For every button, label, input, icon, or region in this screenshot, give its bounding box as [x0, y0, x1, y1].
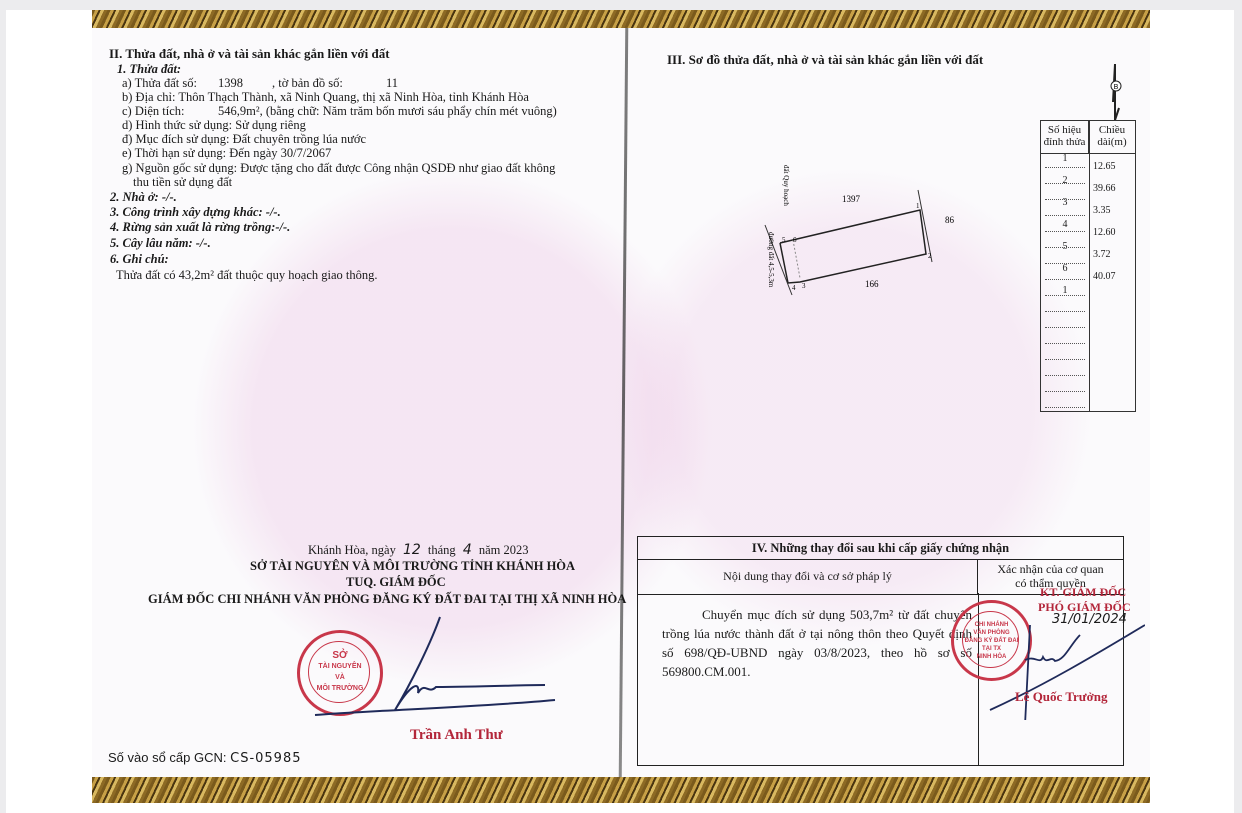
vertex-cell: 4	[1041, 219, 1089, 230]
map-sheet-label: , tờ bản đồ số:	[272, 76, 343, 90]
changes-col-header: Nội dung thay đổi và cơ sở pháp lý	[638, 560, 978, 594]
svg-text:1: 1	[916, 202, 920, 210]
parcel-number: 1398	[218, 76, 243, 90]
agency-name: SỞ TÀI NGUYÊN VÀ MÔI TRƯỜNG TỈNH KHÁNH H…	[250, 559, 575, 573]
svg-text:6: 6	[793, 236, 797, 244]
length-cell: 3.72	[1093, 249, 1111, 260]
signer-name: Trần Anh Thư	[410, 728, 503, 742]
section2-heading: II. Thửa đất, nhà ở và tài sản khác gắn …	[109, 47, 390, 61]
notes-text: Thửa đất có 43,2m² đất thuộc quy hoạch g…	[116, 268, 378, 282]
table-row: 53.72	[1041, 241, 1137, 257]
use-term: e) Thời hạn sử dụng: Đến ngày 30/7/2067	[122, 146, 331, 160]
perennial: 5. Cây lâu năm: -/-.	[110, 236, 211, 250]
table-row: 412.60	[1041, 219, 1137, 235]
land-heading: 1. Thửa đất:	[117, 62, 181, 76]
confirm-title1: KT. GIÁM ĐỐC	[1040, 585, 1126, 599]
house: 2. Nhà ở: -/-.	[110, 190, 177, 204]
table-surface-bottom	[92, 777, 1150, 803]
svg-text:5: 5	[782, 236, 786, 244]
table-row: 640.07	[1041, 263, 1137, 279]
svg-text:2: 2	[928, 252, 932, 260]
length-cell: 40.07	[1093, 271, 1116, 282]
svg-text:đất Quy hoạch: đất Quy hoạch	[782, 165, 790, 206]
other-construction: 3. Công trình xây dựng khác: -/-.	[110, 205, 281, 219]
signature-left	[300, 615, 560, 725]
vertex-cell: 2	[1041, 175, 1089, 186]
length-cell: 3.35	[1093, 205, 1111, 216]
north-arrow-icon: B	[1105, 62, 1125, 122]
parcel-label: a) Thửa đất số:	[122, 76, 197, 90]
use-purpose: đ) Mục đích sử dụng: Đất chuyên trồng lú…	[122, 132, 366, 146]
col-length-header: Chiều dài(m)	[1089, 121, 1135, 153]
length-cell: 39.66	[1093, 183, 1116, 194]
signature-right	[985, 615, 1145, 720]
on-behalf: TUQ. GIÁM ĐỐC	[346, 575, 446, 589]
address: b) Địa chỉ: Thôn Thạch Thành, xã Ninh Qu…	[122, 90, 529, 104]
vertex-cell: 6	[1041, 263, 1089, 274]
svg-text:3: 3	[802, 282, 806, 290]
gcn-number: Số vào sổ cấp GCN: CS-05985	[108, 751, 302, 766]
confirm-signer: Lê Quốc Trưởng	[1015, 690, 1108, 704]
notes-heading: 6. Ghi chú:	[110, 252, 169, 266]
place-date: Khánh Hòa, ngày 12 tháng 4 năm 2023	[308, 543, 529, 557]
area-value: 546,9m², (bằng chữ: Năm trăm bốn mươi sá…	[218, 104, 557, 118]
change-content: Chuyển mục đích sử dụng 503,7m² từ đất c…	[662, 605, 972, 681]
origin-line1: g) Nguồn gốc sử dụng: Được tặng cho đất …	[122, 161, 555, 175]
vertex-cell: 1	[1041, 153, 1089, 164]
origin-line2: thu tiền sử dụng đất	[133, 175, 232, 189]
col-vertex-header: Số hiệu đỉnh thửa	[1041, 121, 1089, 153]
svg-text:166: 166	[865, 279, 879, 289]
svg-text:86: 86	[945, 215, 955, 225]
vertex-length-table: Số hiệu đỉnh thửa Chiều dài(m) 112.65239…	[1040, 120, 1136, 412]
section4-title: IV. Những thay đổi sau khi cấp giấy chứn…	[638, 537, 1123, 560]
table-row: 1	[1041, 285, 1137, 301]
svg-text:4: 4	[792, 284, 796, 292]
month: 4	[463, 542, 472, 558]
length-cell: 12.65	[1093, 161, 1116, 172]
svg-text:đường đất 4,5-5,3m: đường đất 4,5-5,3m	[767, 232, 775, 288]
map-sheet-number: 11	[386, 76, 398, 90]
svg-text:B: B	[1114, 84, 1119, 91]
area-label: c) Diện tích:	[122, 104, 184, 118]
use-form: d) Hình thức sử dụng: Sử dụng riêng	[122, 118, 306, 132]
signer-position: GIÁM ĐỐC CHI NHÁNH VĂN PHÒNG ĐĂNG KÝ ĐẤT…	[148, 592, 626, 606]
forest: 4. Rừng sản xuất là rừng trồng:-/-.	[110, 220, 290, 234]
table-surface-top	[92, 10, 1150, 30]
length-cell: 12.60	[1093, 227, 1116, 238]
parcel-diagram: 1397 86 166 1 2 3 4 5 6 đất Quy hoạch đư…	[760, 150, 980, 300]
svg-text:1397: 1397	[842, 194, 861, 204]
section3-heading: III. Sơ đồ thửa đất, nhà ở và tài sản kh…	[667, 53, 983, 67]
day: 12	[403, 542, 421, 558]
